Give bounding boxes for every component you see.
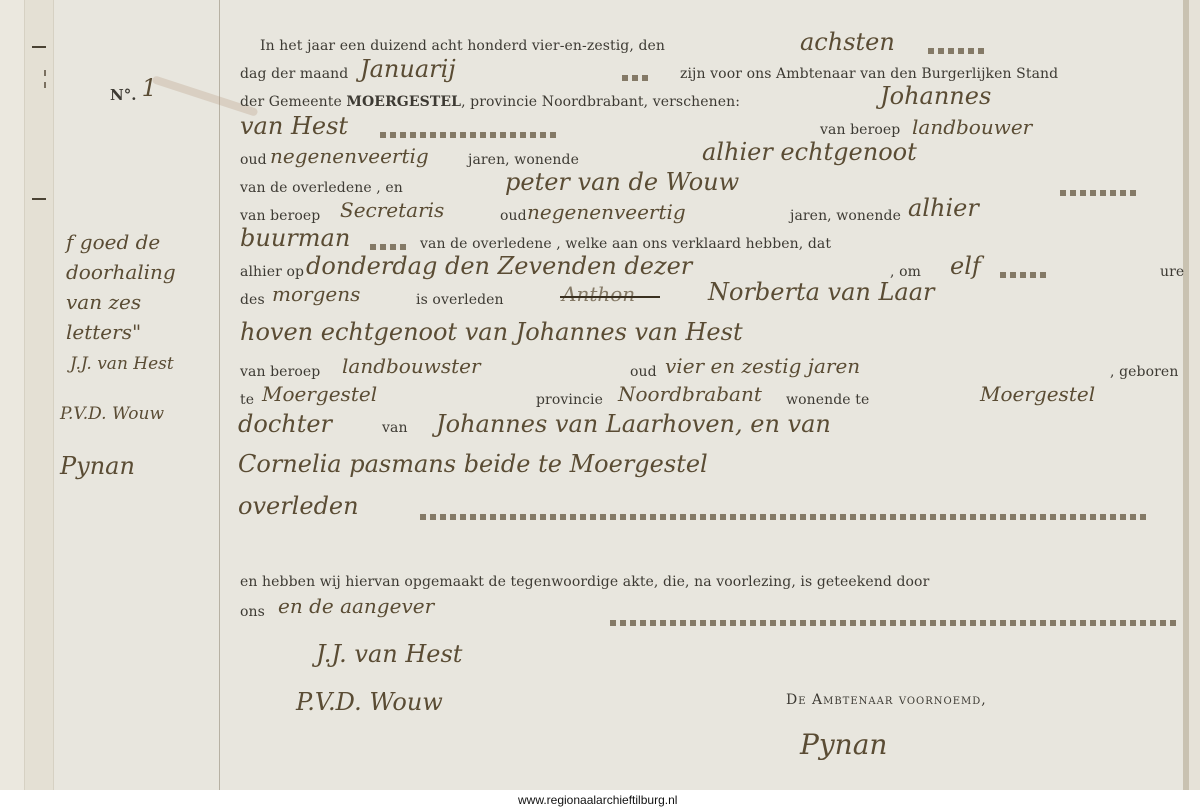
filler-flourish	[420, 514, 1150, 520]
printed-text: is overleden	[416, 292, 504, 308]
handwritten-hour: elf	[950, 252, 981, 280]
handwritten-deceased-name: Norberta van Laar	[708, 278, 935, 306]
printed-text: van de overledene , welke aan ons verkla…	[420, 236, 831, 252]
handwritten-birthplace: Moergestel	[262, 382, 377, 406]
declarant-signature: J.J. van Hest	[316, 640, 462, 668]
printed-text: des	[240, 292, 265, 308]
handwritten-day: achsten	[800, 28, 895, 56]
handwritten-time-of-day: morgens	[272, 282, 360, 306]
official-signature: Pynan	[800, 728, 887, 761]
handwritten-age: vier en zestig jaren	[665, 354, 860, 378]
printed-text: dag der maand	[240, 66, 348, 82]
handwritten-relation: buurman	[240, 224, 350, 252]
handwritten-signatories: en de aangever	[278, 594, 434, 618]
handwritten-residence: Moergestel	[980, 382, 1095, 406]
printed-text: In het jaar een duizend acht honderd vie…	[260, 38, 665, 54]
printed-text: der Gemeente MOERGESTEL, provincie Noord…	[240, 94, 740, 110]
printed-text: en hebben wij hiervan opgemaakt de tegen…	[240, 574, 929, 590]
margin-signature: P.V.D. Wouw	[60, 404, 164, 424]
margin-note-line: letters"	[66, 320, 141, 344]
handwritten-month: Januarij	[360, 55, 456, 83]
filler-flourish	[370, 244, 410, 250]
handwritten-status: overleden	[238, 492, 359, 520]
margin-mark	[32, 46, 46, 48]
printed-text: van beroep	[820, 122, 900, 138]
printed-text: van	[382, 420, 408, 436]
printed-text: provincie	[536, 392, 603, 408]
printed-text: zijn voor ons Ambtenaar van den Burgerli…	[680, 66, 1058, 82]
filler-flourish	[380, 132, 560, 138]
handwritten-name: peter van de Wouw	[505, 168, 739, 196]
footer: www.regionaalarchieftilburg.nl	[0, 790, 1200, 810]
handwritten-relation: dochter	[238, 410, 332, 438]
margin-signature: J.J. van Hest	[70, 354, 174, 374]
handwritten-date: donderdag den Zevenden dezer	[306, 252, 692, 280]
handwritten-province: Noordbrabant	[618, 382, 762, 406]
adjacent-page-edge	[0, 0, 24, 790]
margin-mark	[44, 70, 46, 76]
margin-note-line: van zes	[66, 290, 141, 314]
handwritten-parents: Johannes van Laarhoven, en van	[436, 410, 831, 438]
struck-through-text: Anthon	[562, 282, 635, 306]
margin-note-line: doorhaling	[66, 260, 176, 284]
handwritten-age: negenenveertig	[270, 144, 429, 168]
printed-text: jaren, wonende	[468, 152, 579, 168]
handwritten-deceased-relation: hoven echtgenoot van Johannes van Hest	[240, 318, 743, 346]
act-number: N°. 1	[110, 78, 157, 106]
printed-text: van de overledene , en	[240, 180, 403, 196]
handwritten-name: Johannes	[880, 82, 991, 110]
printed-text: ons	[240, 604, 265, 620]
handwritten-residence: alhier echtgenoot	[702, 138, 917, 166]
printed-text: alhier op	[240, 264, 304, 280]
handwritten-occupation: landbouwer	[912, 115, 1032, 139]
act-number-label: N°.	[110, 86, 136, 104]
act-number-value: 1	[142, 74, 157, 102]
margin-mark	[32, 198, 46, 200]
handwritten-residence: alhier	[908, 194, 979, 222]
printed-fragment: , provincie Noordbrabant, verschenen:	[461, 94, 740, 110]
printed-text: ure	[1160, 264, 1184, 280]
handwritten-occupation: landbouwster	[342, 354, 481, 378]
page-right-edge-shadow	[1189, 0, 1200, 790]
printed-text: te	[240, 392, 254, 408]
declarant-signature: P.V.D. Wouw	[296, 688, 443, 716]
document-page: N°. 1 In het jaar een duizend acht honde…	[0, 0, 1200, 790]
filler-flourish	[622, 75, 652, 81]
margin-signature: Pynan	[60, 452, 135, 480]
printed-text: oud	[500, 208, 527, 224]
filler-flourish	[610, 620, 1180, 626]
margin-mark	[44, 82, 46, 88]
handwritten-occupation: Secretaris	[340, 198, 444, 222]
printed-text: jaren, wonende	[790, 208, 901, 224]
handwritten-age: negenenveertig	[527, 200, 686, 224]
strikethrough-line	[560, 296, 660, 298]
handwritten-parents: Cornelia pasmans beide te Moergestel	[238, 450, 708, 478]
binding-strip	[24, 0, 54, 790]
printed-text: wonende te	[786, 392, 869, 408]
printed-fragment: der Gemeente	[240, 94, 342, 110]
filler-flourish	[928, 48, 988, 54]
printed-text: oud	[240, 152, 267, 168]
archive-watermark: www.regionaalarchieftilburg.nl	[518, 793, 677, 807]
margin-note-line: f goed de	[66, 230, 160, 254]
printed-text: , geboren	[1110, 364, 1178, 380]
margin-rule	[219, 0, 220, 790]
printed-text: van beroep	[240, 208, 320, 224]
official-label: De Ambtenaar voornoemd,	[786, 692, 987, 708]
handwritten-name: van Hest	[240, 112, 348, 140]
municipality-name: MOERGESTEL	[346, 94, 461, 110]
filler-flourish	[1060, 190, 1140, 196]
printed-text: van beroep	[240, 364, 320, 380]
filler-flourish	[1000, 272, 1050, 278]
printed-text: oud	[630, 364, 657, 380]
